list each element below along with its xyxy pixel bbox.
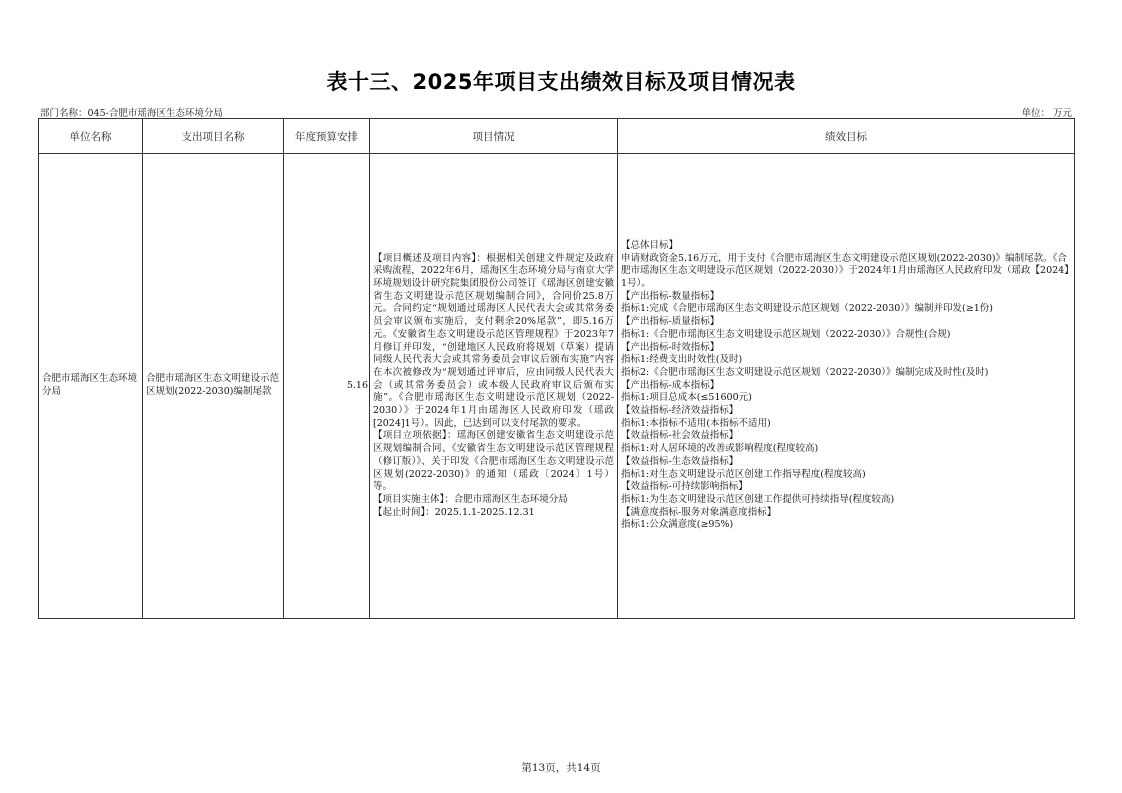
goal-indicator: 指标1:为生态文明建设示范区创建工作提供可持续指导(程度较高) (621, 494, 1071, 507)
project-overview: 【项目概述及项目内容】：根据相关创建文件规定及政府采购流程，2022年6月，瑶海… (373, 253, 614, 431)
department-name: 部门名称：045-合肥市瑶海区生态环境分局 (40, 105, 223, 119)
cell-performance-goals: 【总体目标】 申请财政资金5.16万元，用于支付《合肥市瑶海区生态文明建设示范区… (618, 154, 1075, 619)
goal-heading: 【满意度指标-服务对象满意度指标】 (621, 507, 1071, 520)
header-unit-name: 单位名称 (39, 119, 143, 154)
cell-budget: 5.16 (284, 154, 370, 619)
goal-indicator: 指标1:项目总成本(≤51600元) (621, 392, 1071, 405)
project-period: 【起止时间】：2025.1.1-2025.12.31 (373, 507, 614, 520)
goal-indicator: 指标2:《合肥市瑶海区生态文明建设示范区规划（2022-2030）》编制完成及时… (621, 367, 1071, 380)
goal-heading: 【效益指标-社会效益指标】 (621, 430, 1071, 443)
page-number: 第13页，共14页 (0, 760, 1122, 775)
goal-indicator: 指标1:本指标不适用(本指标不适用) (621, 418, 1071, 431)
goal-heading: 【产出指标-成本指标】 (621, 380, 1071, 393)
project-basis: 【项目立项依据】：瑶海区创建安徽省生态文明建设示范区规划编制合同、《安徽省生态文… (373, 430, 614, 494)
goal-heading: 【总体目标】 (621, 240, 1071, 253)
header-budget: 年度预算安排 (284, 119, 370, 154)
goal-indicator: 指标1:《合肥市瑶海区生态文明建设示范区规划（2022-2030）》合规性(合规… (621, 329, 1071, 342)
project-table: 单位名称 支出项目名称 年度预算安排 项目情况 绩效目标 合肥市瑶海区生态环境分… (38, 118, 1075, 619)
cell-project-name: 合肥市瑶海区生态文明建设示范区规划(2022-2030)编制尾款 (143, 154, 284, 619)
goal-text: 申请财政资金5.16万元，用于支付《合肥市瑶海区生态文明建设示范区规划(2022… (621, 253, 1071, 291)
table-row: 合肥市瑶海区生态环境分局 合肥市瑶海区生态文明建设示范区规划(2022-2030… (39, 154, 1075, 619)
goal-indicator: 指标1:对生态文明建设示范区创建工作指导程度(程度较高) (621, 469, 1071, 482)
goal-heading: 【产出指标-时效指标】 (621, 342, 1071, 355)
goal-heading: 【产出指标-数量指标】 (621, 291, 1071, 304)
goal-heading: 【产出指标-质量指标】 (621, 316, 1071, 329)
goal-indicator: 指标1:完成《合肥市瑶海区生态文明建设示范区规划（2022-2030）》编制并印… (621, 303, 1071, 316)
goal-indicator: 指标1:对人居环境的改善或影响程度(程度较高) (621, 443, 1071, 456)
header-project-info: 项目情况 (370, 119, 618, 154)
goal-indicator: 指标1:经费支出时效性(及时) (621, 354, 1071, 367)
goal-heading: 【效益指标-生态效益指标】 (621, 456, 1071, 469)
cell-project-info: 【项目概述及项目内容】：根据相关创建文件规定及政府采购流程，2022年6月，瑶海… (370, 154, 618, 619)
project-implementer: 【项目实施主体】：合肥市瑶海区生态环境分局 (373, 494, 614, 507)
header-project-name: 支出项目名称 (143, 119, 284, 154)
goal-indicator: 指标1:公众满意度(≥95%) (621, 519, 1071, 532)
table-header-row: 单位名称 支出项目名称 年度预算安排 项目情况 绩效目标 (39, 119, 1075, 154)
currency-unit: 单位： 万元 (1021, 105, 1072, 119)
goal-heading: 【效益指标-可持续影响指标】 (621, 481, 1071, 494)
goal-heading: 【效益指标-经济效益指标】 (621, 405, 1071, 418)
page-title: 表十三、2025年项目支出绩效目标及项目情况表 (0, 66, 1122, 96)
cell-unit-name: 合肥市瑶海区生态环境分局 (39, 154, 143, 619)
header-performance-goals: 绩效目标 (618, 119, 1075, 154)
